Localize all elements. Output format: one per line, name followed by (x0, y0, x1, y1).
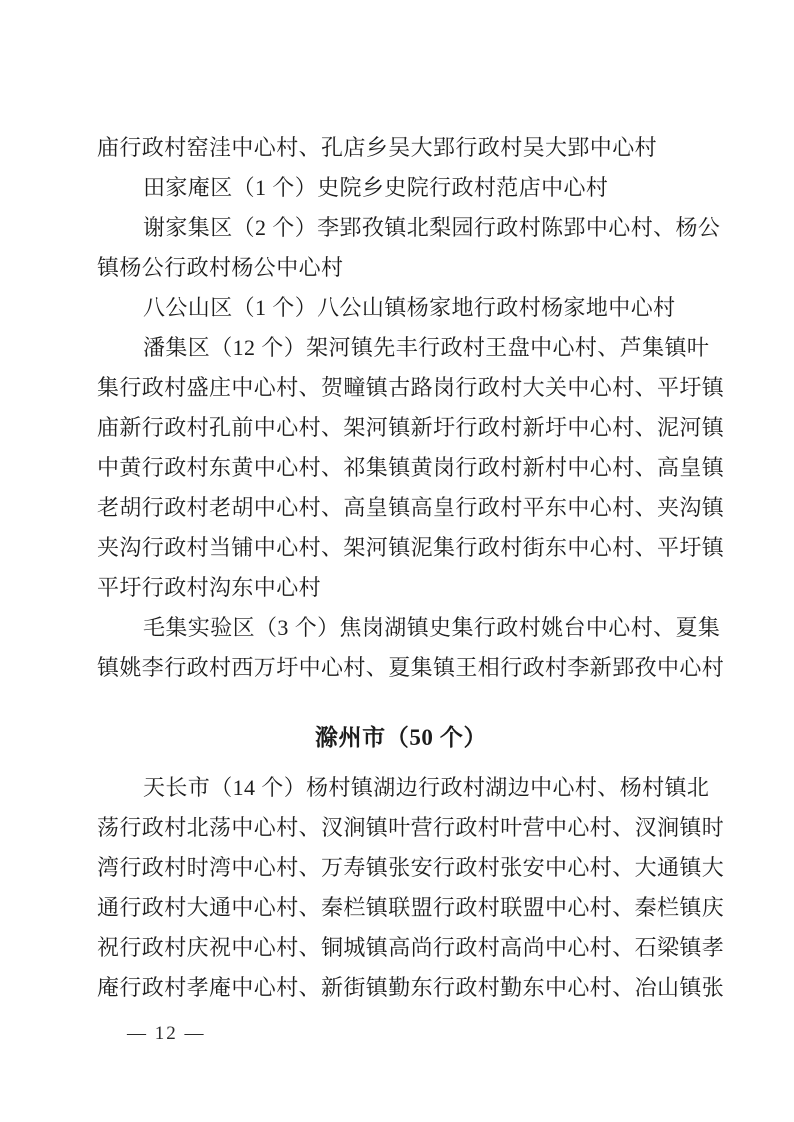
text-line: 平圩行政村沟东中心村 (97, 568, 705, 608)
text-line: 庙行政村窑洼中心村、孔店乡吴大郢行政村吴大郢中心村 (97, 128, 705, 168)
section-heading: 滁州市（50 个） (97, 718, 705, 758)
text-line: 老胡行政村老胡中心村、高皇镇高皇行政村平东中心村、夹沟镇 (97, 488, 705, 528)
text-line: 祝行政村庆祝中心村、铜城镇高尚行政村高尚中心村、石梁镇孝 (97, 928, 705, 968)
paragraph: 毛集实验区（3 个）焦岗湖镇史集行政村姚台中心村、夏集镇姚李行政村西万圩中心村、… (97, 608, 705, 688)
text-line: 潘集区（12 个）架河镇先丰行政村王盘中心村、芦集镇叶 (97, 328, 705, 368)
text-line: 荡行政村北荡中心村、汊涧镇叶营行政村叶营中心村、汊涧镇时 (97, 808, 705, 848)
text-line: 湾行政村时湾中心村、万寿镇张安行政村张安中心村、大通镇大 (97, 848, 705, 888)
paragraph: 天长市（14 个）杨村镇湖边行政村湖边中心村、杨村镇北荡行政村北荡中心村、汊涧镇… (97, 768, 705, 1008)
text-line: 中黄行政村东黄中心村、祁集镇黄岗行政村新村中心村、高皇镇 (97, 448, 705, 488)
text-line: 集行政村盛庄中心村、贺疃镇古路岗行政村大关中心村、平圩镇 (97, 368, 705, 408)
text-line: 八公山区（1 个）八公山镇杨家地行政村杨家地中心村 (97, 288, 705, 328)
text-line: 天长市（14 个）杨村镇湖边行政村湖边中心村、杨村镇北 (97, 768, 705, 808)
text-line: 夹沟行政村当铺中心村、架河镇泥集行政村街东中心村、平圩镇 (97, 528, 705, 568)
text-line: 镇杨公行政村杨公中心村 (97, 248, 705, 288)
text-line: 庙新行政村孔前中心村、架河镇新圩行政村新圩中心村、泥河镇 (97, 408, 705, 448)
text-line: 田家庵区（1 个）史院乡史院行政村范店中心村 (97, 168, 705, 208)
text-line: 通行政村大通中心村、秦栏镇联盟行政村联盟中心村、秦栏镇庆 (97, 888, 705, 928)
document-page: 庙行政村窑洼中心村、孔店乡吴大郢行政村吴大郢中心村田家庵区（1 个）史院乡史院行… (0, 0, 794, 1122)
paragraph: 潘集区（12 个）架河镇先丰行政村王盘中心村、芦集镇叶集行政村盛庄中心村、贺疃镇… (97, 328, 705, 608)
paragraph: 谢家集区（2 个）李郢孜镇北梨园行政村陈郢中心村、杨公镇杨公行政村杨公中心村 (97, 208, 705, 288)
text-line: 镇姚李行政村西万圩中心村、夏集镇王相行政村李新郢孜中心村 (97, 648, 705, 688)
text-line: 庵行政村孝庵中心村、新街镇勤东行政村勤东中心村、冶山镇张 (97, 968, 705, 1008)
paragraph: 庙行政村窑洼中心村、孔店乡吴大郢行政村吴大郢中心村 (97, 128, 705, 168)
paragraph: 八公山区（1 个）八公山镇杨家地行政村杨家地中心村 (97, 288, 705, 328)
text-line: 毛集实验区（3 个）焦岗湖镇史集行政村姚台中心村、夏集 (97, 608, 705, 648)
page-number: — 12 — (127, 1022, 206, 1046)
text-line: 谢家集区（2 个）李郢孜镇北梨园行政村陈郢中心村、杨公 (97, 208, 705, 248)
document-body: 庙行政村窑洼中心村、孔店乡吴大郢行政村吴大郢中心村田家庵区（1 个）史院乡史院行… (97, 128, 705, 1008)
paragraph: 田家庵区（1 个）史院乡史院行政村范店中心村 (97, 168, 705, 208)
